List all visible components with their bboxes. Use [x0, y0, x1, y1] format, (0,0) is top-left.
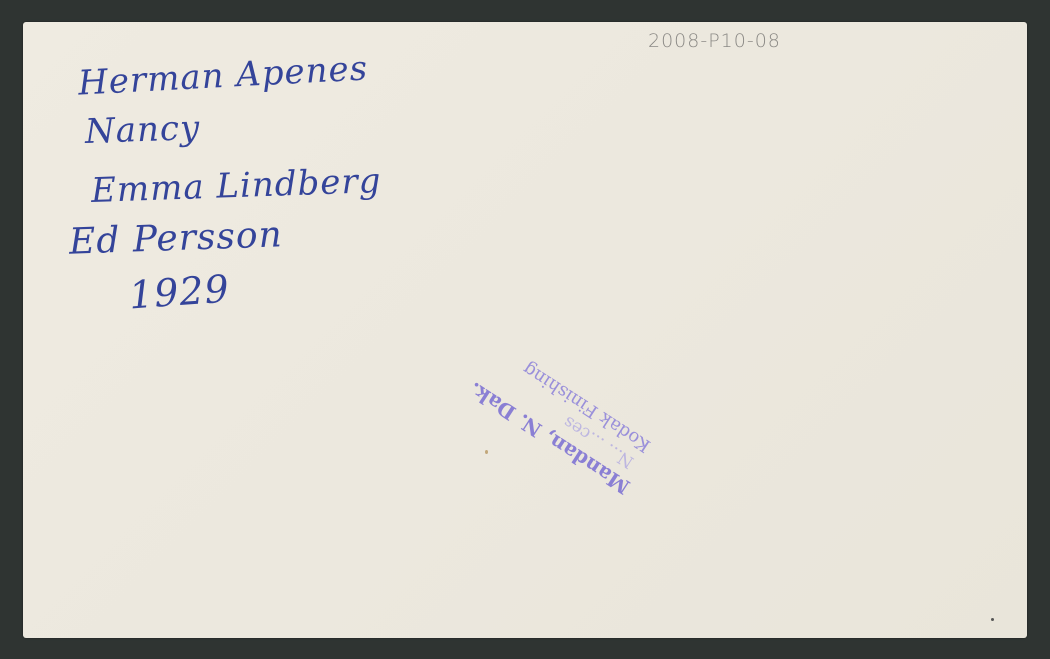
- handwritten-name-1: Herman Apenes: [77, 48, 369, 103]
- handwritten-name-3: Emma Lindberg: [90, 161, 382, 211]
- stamp-line-middle: N... ...ces: [409, 314, 638, 472]
- handwritten-name-2: Nancy: [84, 108, 200, 152]
- handwritten-year: 1929: [128, 267, 232, 318]
- handwritten-name-4: Ed Persson: [68, 214, 283, 262]
- paper-speck: [485, 450, 488, 454]
- photo-studio-stamp: Mandan, N. Dak. N... ...ces Kodak Finish…: [395, 235, 698, 499]
- catalog-number: 2008-P10-08: [648, 30, 781, 52]
- postcard-back: 2008-P10-08 Herman Apenes Nancy Emma Lin…: [23, 22, 1027, 638]
- paper-dot: [991, 618, 994, 621]
